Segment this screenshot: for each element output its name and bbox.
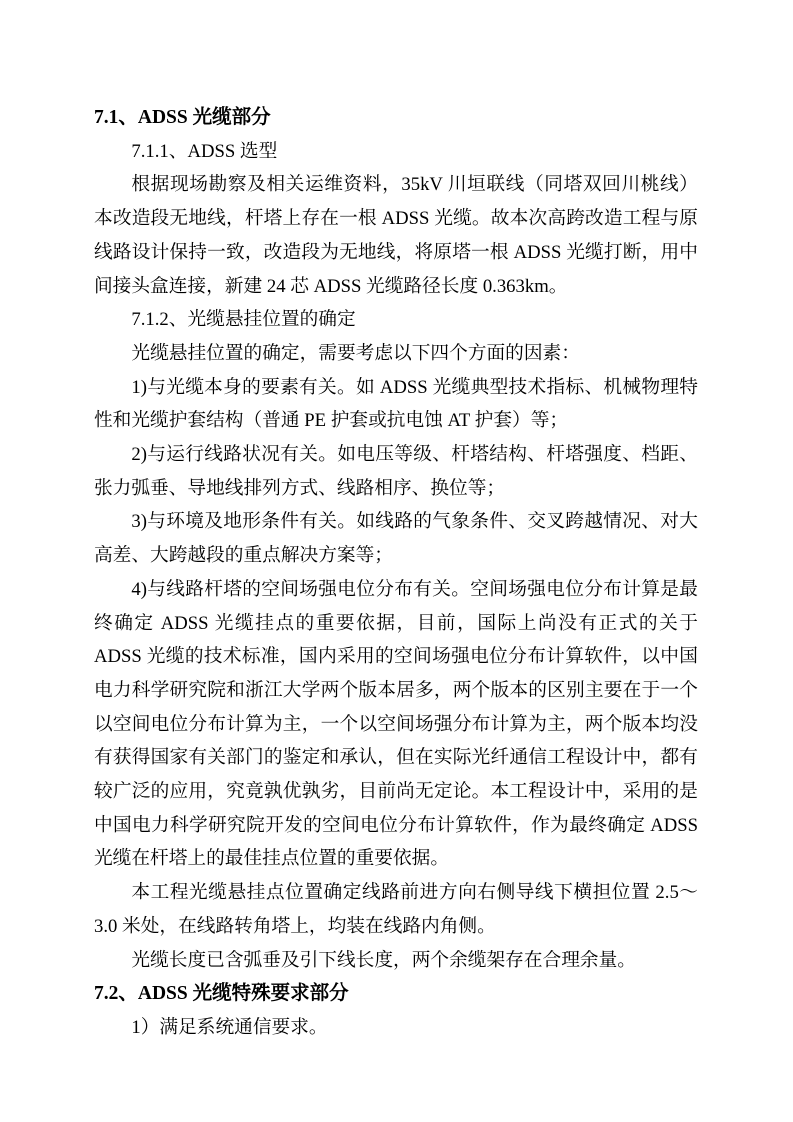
paragraph-cable-length: 光缆长度已含弧垂及引下线长度，两个余缆架存在合理余量。	[94, 944, 698, 978]
subsection-7-1-2-heading: 7.1.2、光缆悬挂位置的确定	[94, 303, 698, 337]
document-page: 7.1、ADSS 光缆部分 7.1.1、ADSS 选型 根据现场勘察及相关运维资…	[0, 0, 793, 1122]
section-7-1-heading: 7.1、ADSS 光缆部分	[94, 101, 698, 135]
paragraph-factors-intro: 光缆悬挂位置的确定，需要考虑以下四个方面的因素：	[94, 337, 698, 371]
paragraph-hanging-position: 本工程光缆悬挂点位置确定线路前进方向右侧导线下横担位置 2.5～3.0 米处，在…	[94, 876, 698, 943]
paragraph-factor-1: 1)与光缆本身的要素有关。如 ADSS 光缆典型技术指标、机械物理特性和光缆护套…	[94, 371, 698, 438]
paragraph-requirement-1: 1）满足系统通信要求。	[94, 1011, 698, 1045]
paragraph-factor-3: 3)与环境及地形条件有关。如线路的气象条件、交叉跨越情况、对大高差、大跨越段的重…	[94, 505, 698, 572]
paragraph-adss-selection: 根据现场勘察及相关运维资料，35kV 川垣联线（同塔双回川桃线）本改造段无地线，…	[94, 168, 698, 303]
subsection-7-1-1-heading: 7.1.1、ADSS 选型	[94, 135, 698, 169]
section-7-2-heading: 7.2、ADSS 光缆特殊要求部分	[94, 977, 698, 1011]
paragraph-factor-4: 4)与线路杆塔的空间场强电位分布有关。空间场强电位分布计算是最终确定 ADSS …	[94, 573, 698, 876]
document-content: 7.1、ADSS 光缆部分 7.1.1、ADSS 选型 根据现场勘察及相关运维资…	[94, 101, 698, 1045]
paragraph-factor-2: 2)与运行线路状况有关。如电压等级、杆塔结构、杆塔强度、档距、张力弧垂、导地线排…	[94, 438, 698, 505]
